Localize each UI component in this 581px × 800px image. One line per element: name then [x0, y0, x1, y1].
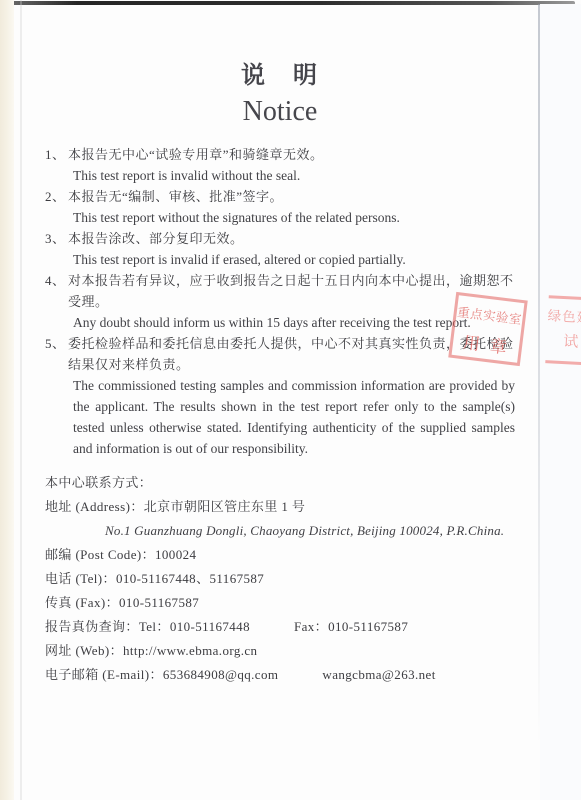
contact-label: 电话 (Tel)：: [45, 571, 116, 586]
contact-value: Tel：010-51167448: [139, 619, 250, 634]
edge-cropped-stamp: 绿色建 试: [545, 295, 581, 367]
contact-value: 北京市朝阳区管庄东里 1 号: [144, 499, 306, 514]
item-text-zh: 对本报告若有异议，应于收到报告之日起十五日内向本中心提出，逾期恕不受理。: [68, 270, 515, 312]
page-title-zh: 说 明: [45, 60, 515, 92]
contact-row-web: 网址 (Web)：http://www.ebma.org.cn: [45, 639, 515, 663]
scan-left-shadow-line: [20, 0, 22, 800]
contact-label: 网址 (Web)：: [45, 643, 123, 658]
notice-item-1: 1、 本报告无中心“试验专用章”和骑缝章无效。 This test report…: [45, 144, 515, 186]
scan-right-strip: [540, 4, 581, 800]
contact-label: 报告真伪查询：: [45, 619, 139, 634]
notice-list: 1、 本报告无中心“试验专用章”和骑缝章无效。 This test report…: [45, 144, 515, 459]
key-laboratory-stamp: 重点实验室 用章: [448, 292, 528, 366]
contact-row-tel: 电话 (Tel)：010-51167448、51167587: [45, 567, 515, 591]
stamp-text-line1: 绿色建: [547, 304, 581, 328]
contact-address-en: No.1 Guanzhuang Dongli, Chaoyang Distric…: [105, 519, 515, 543]
notice-item-5: 5、 委托检验样品和委托信息由委托人提供，中心不对其真实性负责，委托检验结果仅对…: [45, 333, 515, 459]
item-text-zh: 本报告涂改、部分复印无效。: [68, 228, 515, 249]
item-number: 3、: [45, 228, 68, 249]
scan-top-edge: [9, 1, 575, 5]
item-number: 1、: [45, 144, 68, 165]
contact-label: 地址 (Address)：: [45, 499, 144, 514]
contact-value: Fax：010-51167587: [294, 619, 408, 634]
page-fold-line: [538, 4, 540, 744]
page-title-en: Notice: [45, 94, 515, 130]
notice-item-zh: 3、 本报告涂改、部分复印无效。: [45, 228, 515, 249]
item-text-zh: 本报告无中心“试验专用章”和骑缝章无效。: [68, 144, 515, 165]
contact-row-verify: 报告真伪查询：Tel：010-51167448Fax：010-51167587: [45, 615, 515, 639]
contact-value: 010-51167587: [119, 595, 199, 610]
contact-label: 邮编 (Post Code)：: [45, 547, 155, 562]
scanned-notice-page: 说 明 Notice 1、 本报告无中心“试验专用章”和骑缝章无效。 This …: [0, 0, 581, 800]
notice-item-zh: 1、 本报告无中心“试验专用章”和骑缝章无效。: [45, 144, 515, 165]
notice-item-en: This test report is invalid if erased, a…: [73, 249, 515, 270]
item-number: 4、: [45, 270, 68, 312]
contact-value: 653684908@qq.com: [163, 667, 279, 682]
notice-item-en: This test report without the signatures …: [73, 207, 515, 228]
contact-section: 本中心联系方式： 地址 (Address)：北京市朝阳区管庄东里 1 号 No.…: [45, 471, 515, 687]
notice-item-4: 4、 对本报告若有异议，应于收到报告之日起十五日内向本中心提出，逾期恕不受理。 …: [45, 270, 515, 333]
notice-item-zh: 4、 对本报告若有异议，应于收到报告之日起十五日内向本中心提出，逾期恕不受理。: [45, 270, 515, 312]
notice-item-en: This test report is invalid without the …: [73, 165, 515, 186]
notice-item-zh: 2、 本报告无“编制、审核、批准”签字。: [45, 186, 515, 207]
contact-row-postcode: 邮编 (Post Code)：100024: [45, 543, 515, 567]
contact-row-fax: 传真 (Fax)：010-51167587: [45, 591, 515, 615]
contact-value: http://www.ebma.org.cn: [123, 643, 257, 658]
contact-label: 电子邮箱 (E-mail)：: [45, 667, 163, 682]
contact-row-email: 电子邮箱 (E-mail)：653684908@qq.comwangcbma@2…: [45, 663, 515, 687]
contact-label: 传真 (Fax)：: [45, 595, 119, 610]
contact-header: 本中心联系方式：: [45, 471, 515, 495]
stamp-text-line2: 用章: [460, 328, 521, 360]
stamp-text-line1: 重点实验室: [456, 302, 524, 328]
stamp-text-line2: 试: [563, 330, 581, 354]
item-text-zh: 本报告无“编制、审核、批准”签字。: [68, 186, 515, 207]
contact-row-address: 地址 (Address)：北京市朝阳区管庄东里 1 号: [45, 495, 515, 519]
notice-item-zh: 5、 委托检验样品和委托信息由委托人提供，中心不对其真实性负责，委托检验结果仅对…: [45, 333, 515, 375]
item-number: 5、: [45, 333, 68, 375]
notice-item-2: 2、 本报告无“编制、审核、批准”签字。 This test report wi…: [45, 186, 515, 228]
item-number: 2、: [45, 186, 68, 207]
scan-left-edge: [0, 0, 14, 800]
notice-item-en: The commissioned testing samples and com…: [73, 375, 515, 459]
notice-item-en: Any doubt should inform us within 15 day…: [73, 312, 515, 333]
notice-item-3: 3、 本报告涂改、部分复印无效。 This test report is inv…: [45, 228, 515, 270]
contact-value: 100024: [155, 547, 196, 562]
contact-value: wangcbma@263.net: [322, 667, 435, 682]
notice-content: 说 明 Notice 1、 本报告无中心“试验专用章”和骑缝章无效。 This …: [45, 60, 515, 687]
contact-value: 010-51167448、51167587: [116, 571, 264, 586]
